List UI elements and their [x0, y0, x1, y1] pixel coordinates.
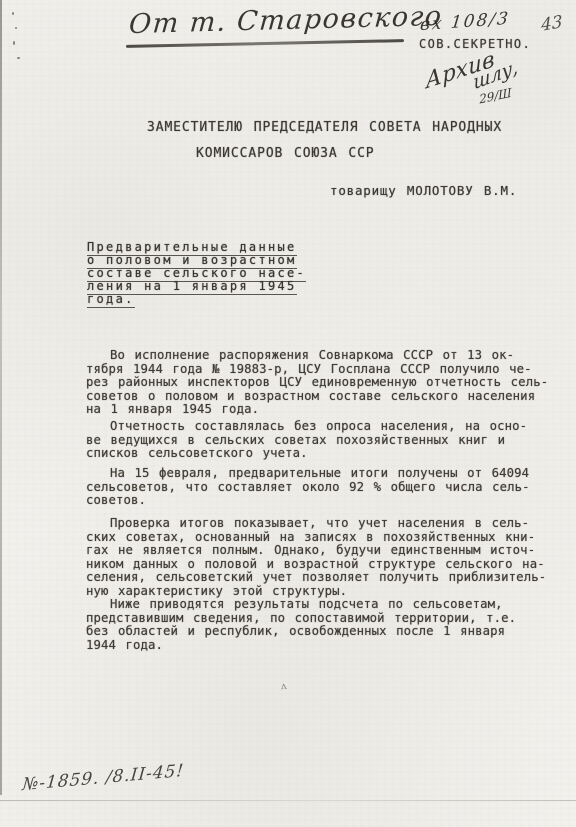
body-line: на 1 января 1945 года. [86, 403, 548, 417]
secrecy-stamp: СОВ.СЕКРЕТНО. [419, 37, 531, 51]
body-line: Отчетность составлялась без опроса насел… [86, 420, 548, 434]
body-line: селения, сельсоветский учет позволяет по… [86, 571, 548, 585]
scan-speck [17, 57, 20, 59]
handwritten-routing-note: От т. Старовского [128, 1, 444, 40]
body-line: Ниже приводятся результаты подсчета по с… [86, 598, 548, 612]
body-line: советов. [86, 494, 548, 508]
subject-line: года. [87, 293, 306, 306]
scan-speck [12, 12, 14, 15]
scan-speck [15, 27, 17, 29]
scan-edge-shadow [0, 0, 2, 795]
body-line: Проверка итогов показывает, что учет нас… [86, 517, 548, 531]
subject-block: Предварительные данные о половом и возра… [87, 241, 306, 306]
handwritten-underline [126, 39, 404, 48]
body-line: тября 1944 года № 19883-р, ЦСУ Госплана … [86, 363, 548, 377]
body-line: ную характеристику этой структуры. [86, 585, 548, 599]
addressee-line-3: товарищу МОЛОТОВУ В.М. [330, 183, 517, 198]
body-paragraph: Проверка итогов показывает, что учет нас… [86, 517, 548, 598]
addressee-line-2: КОМИССАРОВ СОЮЗА ССР [196, 146, 375, 161]
body-paragraph: На 15 февраля, предварительные итоги пол… [86, 467, 548, 508]
body-line: списков сельсоветского учета. [86, 447, 548, 461]
addressee-line-1: ЗАМЕСТИТЕЛЮ ПРЕДСЕДАТЕЛЯ СОВЕТА НАРОДНЫХ [147, 120, 502, 135]
body-line: рез районных инспекторов ЦСУ единовремен… [86, 376, 548, 390]
scanned-document-page: ʌ От т. Старовского вх 108/3 43 СОВ.СЕКР… [0, 0, 576, 827]
body-line: советов о половом и возрастном составе с… [86, 390, 548, 404]
body-line: На 15 февраля, предварительные итоги пол… [86, 467, 548, 481]
body-line: ником данных о половой и возрастной стру… [86, 558, 548, 572]
body-paragraph: Отчетность составлялась без опроса насел… [86, 420, 548, 461]
body-line: Во исполнение распоряжения Совнаркома СС… [86, 349, 548, 363]
body-line: сельсоветов, что составляет около 92 % о… [86, 481, 548, 495]
body-paragraph: Во исполнение распоряжения Совнаркома СС… [86, 349, 548, 417]
paper-fold-line [0, 800, 576, 801]
body-line: без областей и республик, освобожденных … [86, 625, 548, 639]
sheet-number-note: 43 [541, 12, 563, 36]
body-line: ских советах, основанный на записях в по… [86, 531, 548, 545]
body-line: представившим сведения, по сопоставимой … [86, 612, 548, 626]
body-line: ве ведущихся в сельских советах похозяйс… [86, 434, 548, 448]
scan-speck [13, 41, 15, 45]
body-paragraph: Ниже приводятся результаты подсчета по с… [86, 598, 548, 652]
body-line: гах не является полным. Однако, будучи е… [86, 544, 548, 558]
pencil-stray-mark: ʌ [280, 681, 287, 693]
body-line: 1944 года. [86, 639, 548, 653]
registration-note: №-1859. /8.II-45! [21, 761, 185, 795]
